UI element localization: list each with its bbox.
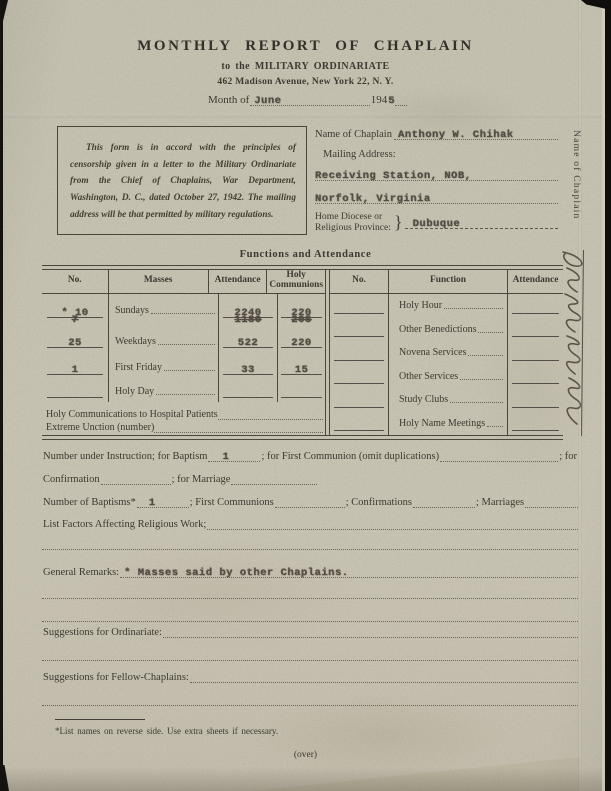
table-bottom-rule: [42, 435, 563, 440]
suggestions-ordinariate-line: Suggestions for Ordinariate:: [42, 622, 578, 638]
function-label-cell: Other Benedictions: [389, 318, 508, 342]
confirmation-instruction-field: [101, 484, 171, 485]
masses-table: No. Masses Attendance Holy Communions * …: [42, 269, 325, 435]
sacraments-line: Number of Baptisms* 1 ; First Communions…: [42, 492, 578, 508]
function-label-cell: Novena Services: [389, 341, 508, 365]
form-body: Number under Instruction; for Baptism 1 …: [42, 444, 578, 724]
scan-edge-right: [605, 0, 611, 791]
no-cell: [330, 365, 389, 389]
form-title: MONTHLY REPORT OF CHAPLAIN: [0, 38, 611, 55]
censorship-notice-text: This form is in accord with the principl…: [70, 140, 296, 224]
hospital-communions-line: Holy Communications to Hospital Patients: [42, 402, 325, 422]
no-cell: * 10 7: [42, 294, 109, 328]
attendance-original: 1180: [234, 314, 261, 326]
attendance-cell: 33: [219, 354, 278, 381]
mailing-line-2: Norfolk, Virginia: [315, 191, 558, 204]
attendance-cell: [508, 318, 563, 342]
scan-edge-topleft: [0, 0, 8, 22]
table-row: Novena Services: [330, 341, 563, 365]
no-cell: [330, 318, 389, 342]
mailing-field-1: Receiving Station, NOB,: [315, 168, 558, 181]
attendance-cell: [508, 388, 563, 412]
functions-header-row: No. Function Attendance: [330, 269, 563, 294]
function-label-cell: Study Clubs: [389, 388, 508, 412]
diocese-value: Dubuque: [405, 218, 469, 230]
instruction-line-1: Number under Instruction; for Baptism 1 …: [42, 446, 578, 462]
name-value: Anthony W. Chihak: [394, 129, 518, 141]
functions-header-function: Function: [389, 269, 508, 294]
table-row: * 10 7 Sundays 2240 1180 220 20: [42, 294, 325, 328]
masses-label-cell: Holy Day: [109, 381, 219, 402]
communions-cell: 220 205: [278, 294, 325, 328]
table-row: Other Services: [330, 365, 563, 389]
general-remarks-value: * Masses said by other Chaplains.: [120, 567, 352, 579]
functions-header-no: No.: [330, 269, 389, 294]
functions-table: No. Function Attendance Holy Hour Other …: [330, 269, 563, 435]
suggestions-fellow-field: [190, 682, 578, 683]
table-row: Other Benedictions: [330, 318, 563, 342]
scanned-form-page: MONTHLY REPORT OF CHAPLAIN to the MILITA…: [0, 0, 611, 791]
censorship-notice-box: This form is in accord with the principl…: [57, 126, 307, 235]
table-row: 25 Weekdays 522 220: [42, 328, 325, 355]
no-original: 7: [72, 314, 79, 326]
table-row: 1 First Friday 33 15: [42, 354, 325, 381]
chaplain-info-block: Name of Chaplain Anthony W. Chihak Maili…: [315, 127, 558, 233]
year-dots: [395, 105, 407, 106]
diocese-label: Home Diocese or Religious Province:: [315, 211, 391, 233]
mailing-line-1: Receiving Station, NOB,: [315, 168, 558, 181]
attendance-cell: 2240 1180: [219, 294, 278, 328]
factors-line: List Factors Affecting Religious Work;: [42, 514, 578, 530]
table-row: Study Clubs: [330, 388, 563, 412]
mailing-label: Mailing Address:: [315, 149, 558, 160]
blank-ruled-line: [42, 549, 578, 550]
footnote-text: *List names on reverse side. Use extra s…: [55, 726, 278, 736]
bottom-shadow: [0, 767, 611, 791]
factors-field: [207, 529, 578, 530]
month-label: Month of: [207, 94, 250, 106]
table-row: Holy Day: [42, 381, 325, 402]
no-cell: 1: [42, 354, 109, 381]
functions-header-attendance: Attendance: [508, 269, 563, 294]
confirmations-field: [413, 507, 475, 508]
month-field: June: [250, 92, 369, 106]
no-cell: [330, 412, 389, 436]
table-row: Holy Name Meetings: [330, 412, 563, 436]
communions-cell: 15: [278, 354, 325, 381]
table-row: Holy Hour: [330, 294, 563, 318]
function-label-cell: Holy Name Meetings: [389, 412, 508, 436]
masses-label-cell: Weekdays: [109, 328, 219, 355]
masses-header-communions: Holy Communions: [267, 269, 325, 294]
suggestions-fellow-line: Suggestions for Fellow-Chaplains:: [42, 667, 578, 683]
function-label-cell: Holy Hour: [389, 294, 508, 318]
diocese-line: Home Diocese or Religious Province: } Du…: [315, 211, 558, 233]
mailing-value-2: Norfolk, Virginia: [315, 193, 435, 205]
communions-cell: 220: [278, 328, 325, 355]
name-line: Name of Chaplain Anthony W. Chihak: [315, 127, 558, 140]
diocese-brace: }: [394, 212, 403, 233]
attendance-cell: [508, 412, 563, 436]
attendance-cell: [508, 365, 563, 389]
masses-header-attendance: Attendance: [209, 269, 268, 294]
form-subtitle: to the MILITARY ORDINARIATE: [0, 61, 611, 72]
vertical-crease: [578, 0, 582, 791]
general-remarks-field: * Masses said by other Chaplains.: [120, 565, 578, 578]
instruction-line-2: Confirmation ; for Marriage: [42, 469, 302, 485]
no-cell: [330, 388, 389, 412]
attendance-cell: [508, 294, 563, 318]
blank-ruled-line: [42, 705, 578, 706]
over-text: (over): [0, 750, 611, 760]
masses-header-masses: Masses: [109, 269, 209, 294]
mailing-field-2: Norfolk, Virginia: [315, 191, 558, 204]
no-cell: [330, 341, 389, 365]
attendance-cell: [508, 341, 563, 365]
communions-original: 205: [291, 314, 311, 326]
no-cell: [42, 381, 109, 402]
section-title: Functions and Attendance: [0, 249, 611, 260]
scan-edge-topright: [581, 0, 611, 10]
blank-ruled-line: [42, 660, 578, 661]
horizontal-crease: [0, 113, 611, 118]
year-digit: 5: [388, 95, 395, 107]
scan-edge-left: [0, 0, 3, 791]
function-label-cell: Other Services: [389, 365, 508, 389]
name-label: Name of Chaplain: [315, 129, 394, 140]
mailing-value-1: Receiving Station, NOB,: [315, 170, 475, 182]
functions-attendance-table: No. Masses Attendance Holy Communions * …: [42, 269, 563, 435]
name-field: Anthony W. Chihak: [394, 127, 558, 140]
attendance-cell: [219, 381, 278, 402]
marriages-field: [525, 507, 578, 508]
form-address: 462 Madison Avenue, New York 22, N. Y.: [0, 77, 611, 87]
masses-label-cell: Sundays: [109, 294, 219, 328]
masses-header-row: No. Masses Attendance Holy Communions: [42, 269, 325, 294]
month-value: June: [250, 95, 285, 107]
first-communions-field: [275, 507, 345, 508]
no-cell: [330, 294, 389, 318]
suggestions-ordinariate-field: [163, 637, 578, 638]
general-remarks-line: General Remarks: * Masses said by other …: [42, 562, 578, 578]
diocese-field: Dubuque: [405, 216, 558, 229]
masses-label-cell: First Friday: [109, 354, 219, 381]
marriage-instruction-field: [231, 484, 317, 485]
year-prefix: 194: [370, 94, 389, 106]
baptisms-field: 1: [137, 495, 189, 508]
blank-ruled-line: [42, 598, 578, 599]
baptism-instruction-field: 1: [208, 449, 260, 462]
footnote-rule: [55, 719, 145, 720]
month-line: Month of June 194 5: [207, 92, 407, 106]
attendance-cell: 522: [219, 328, 278, 355]
extreme-unction-line: Extreme Unction (number): [42, 422, 325, 435]
masses-header-no: No.: [42, 269, 109, 294]
no-cell: 25: [42, 328, 109, 355]
communions-cell: [278, 381, 325, 402]
first-communion-instruction-field: [440, 461, 558, 462]
